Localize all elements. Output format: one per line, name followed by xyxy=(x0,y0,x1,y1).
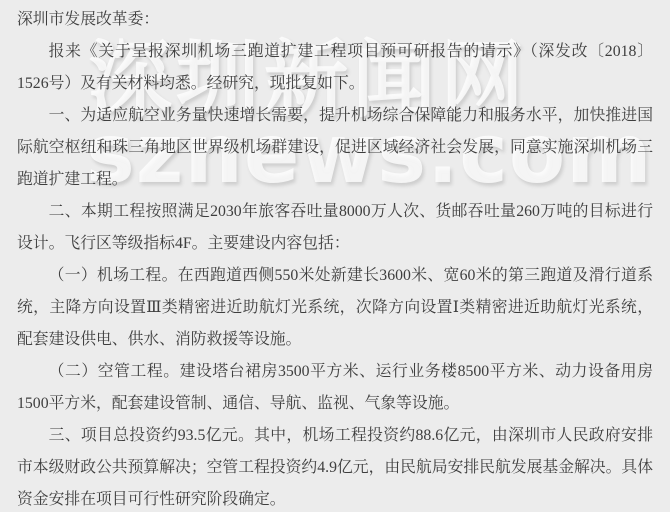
paragraph-item-1: 一、为适应航空业务量快速增长需要，提升机场综合保障能力和服务水平，加快推进国际航… xyxy=(17,100,653,196)
paragraph-subitem-2-atc-works: （二）空管工程。建设塔台裙房3500平方米、运行业务楼8500平方米、动力设备用… xyxy=(17,356,653,420)
paragraph-item-3-investment: 三、项目总投资约93.5亿元。其中，机场工程投资约88.6亿元，由深圳市人民政府… xyxy=(17,420,653,512)
document-body: 深圳市发展改革委： 报来《关于呈报深圳机场三跑道扩建工程项目预可研报告的请示》（… xyxy=(17,4,653,512)
paragraph-item-2: 二、本期工程按照满足2030年旅客吞吐量8000万人次、货邮吞吐量260万吨的目… xyxy=(17,196,653,260)
document-salutation: 深圳市发展改革委： xyxy=(17,4,653,36)
paragraph-intro: 报来《关于呈报深圳机场三跑道扩建工程项目预可研报告的请示》（深发改〔2018〕1… xyxy=(17,36,653,100)
approval-document-page: 深圳新闻网 sznews.com 深圳市发展改革委： 报来《关于呈报深圳机场三跑… xyxy=(0,0,670,512)
paragraph-subitem-1-airport-works: （一）机场工程。在西跑道西侧550米处新建长3600米、宽60米的第三跑道及滑行… xyxy=(17,260,653,356)
